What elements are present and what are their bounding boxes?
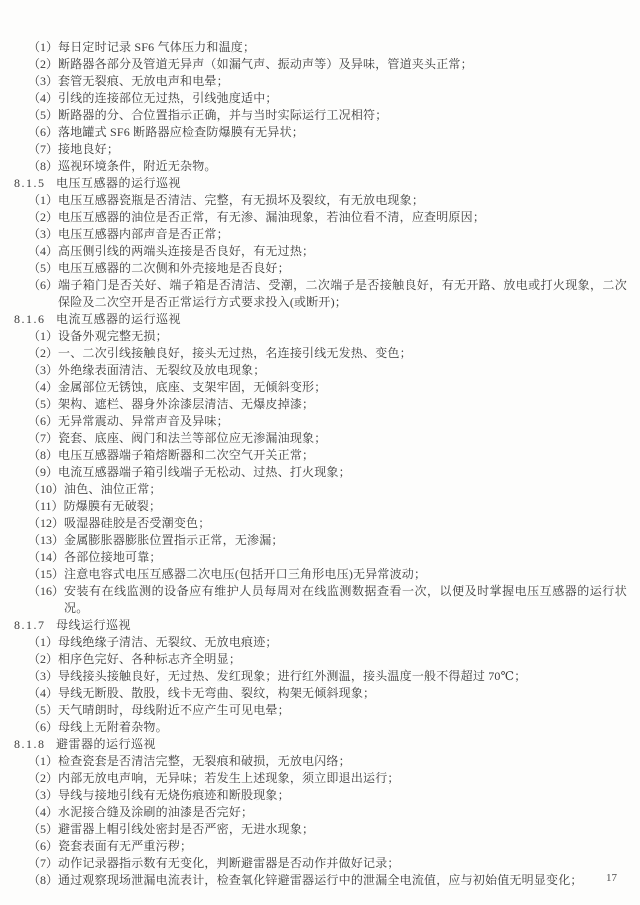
list-item: （6） 母线上无附着杂物。 xyxy=(14,719,627,736)
item-text: 无异常震动、异常声音及异味； xyxy=(58,413,627,430)
item-number: （2） xyxy=(28,56,58,73)
item-number: （1） xyxy=(28,753,58,770)
item-number: （3） xyxy=(28,787,58,804)
item-number: （4） xyxy=(28,685,58,702)
list-item: （3） 导线接头接触良好，无过热、发红现象；进行红外测温，接头温度一般不得超过 … xyxy=(14,668,627,685)
list-item: （2） 断路器各部分及管道无异声（如漏气声、振动声等）及异味，管道夹头正常； xyxy=(14,56,627,73)
item-text: 水泥接合缝及涂刷的油漆是否完好； xyxy=(58,804,627,821)
item-text: 油色、油位正常； xyxy=(64,481,627,498)
item-text: 电压互感器的二次侧和外壳接地是否良好； xyxy=(58,260,627,277)
item-number: （2） xyxy=(28,345,58,362)
page-number: 17 xyxy=(606,872,617,884)
item-number: （14） xyxy=(28,549,64,566)
item-text: 电流互感器端子箱引线端子无松动、过热、打火现象； xyxy=(58,464,627,481)
list-item: （1） 设备外观完整无损； xyxy=(14,328,627,345)
item-number: （3） xyxy=(28,668,58,685)
item-text: 断路器的分、合位置指示正确，并与当时实际运行工况相符； xyxy=(58,107,627,124)
list-item: （4） 导线无断股、散股，线卡无弯曲、裂纹，构架无倾斜现象； xyxy=(14,685,627,702)
list-item: （3） 导线与接地引线有无烧伤痕迹和断股现象； xyxy=(14,787,627,804)
list-item: （15） 注意电容式电压互感器二次电压(包括开口三角形电压)无异常波动； xyxy=(14,566,627,583)
item-text: 引线的连接部位无过热，引线弛度适中； xyxy=(58,90,627,107)
section-heading: 8.1.8 避雷器的运行巡视 xyxy=(14,736,627,753)
item-text: 架构、遮栏、器身外涂漆层清洁、无爆皮掉漆； xyxy=(58,396,627,413)
section-heading: 8.1.5 电压互感器的运行巡视 xyxy=(14,175,627,192)
list-item: （8） 通过观察现场泄漏电流表计，检查氧化锌避雷器运行中的泄漏全电流值，应与初始… xyxy=(14,872,627,889)
item-number: （1） xyxy=(28,634,58,651)
item-text: 各部位接地可靠； xyxy=(64,549,627,566)
item-number: （3） xyxy=(28,226,58,243)
item-number: （7） xyxy=(28,141,58,158)
list-item: （13） 金属膨胀器膨胀位置指示正常，无渗漏； xyxy=(14,532,627,549)
section-heading: 8.1.6 电流互感器的运行巡视 xyxy=(14,311,627,328)
item-text: 内部无放电声响，无异味；若发生上述现象，须立即退出运行； xyxy=(58,770,627,787)
item-number: （4） xyxy=(28,804,58,821)
item-number: （5） xyxy=(28,821,58,838)
item-text: 电压互感器的油位是否正常，有无渗、漏油现象，若油位看不清，应查明原因； xyxy=(58,209,627,226)
list-item: （1） 检查瓷套是否清洁完整，无裂痕和破损，无放电闪络； xyxy=(14,753,627,770)
item-number: （2） xyxy=(28,770,58,787)
item-text: 电压互感器瓷瓶是否清洁、完整，有无损坏及裂纹，有无放电现象； xyxy=(58,192,627,209)
item-number: （2） xyxy=(28,651,58,668)
item-text: 接地良好； xyxy=(58,141,627,158)
item-number: （5） xyxy=(28,260,58,277)
item-text: 安装有在线监测的设备应有维护人员每周对在线监测数据查看一次，以便及时掌握电压互感… xyxy=(64,583,627,617)
section-title: 避雷器的运行巡视 xyxy=(56,736,627,753)
list-item: （5） 天气晴朗时，母线附近不应产生可见电晕； xyxy=(14,702,627,719)
list-item: （5） 电压互感器的二次侧和外壳接地是否良好； xyxy=(14,260,627,277)
list-item: （2） 电压互感器的油位是否正常，有无渗、漏油现象，若油位看不清，应查明原因； xyxy=(14,209,627,226)
item-number: （3） xyxy=(28,73,58,90)
list-item: （3） 套管无裂痕、无放电声和电晕； xyxy=(14,73,627,90)
item-text: 吸湿器硅胶是否受潮变色； xyxy=(64,515,627,532)
item-text: 导线无断股、散股，线卡无弯曲、裂纹，构架无倾斜现象； xyxy=(58,685,627,702)
item-text: 检查瓷套是否清洁完整，无裂痕和破损，无放电闪络； xyxy=(58,753,627,770)
item-number: （5） xyxy=(28,107,58,124)
item-number: （15） xyxy=(28,566,64,583)
list-item: （1） 电压互感器瓷瓶是否清洁、完整，有无损坏及裂纹，有无放电现象； xyxy=(14,192,627,209)
section-heading: 8.1.7 母线运行巡视 xyxy=(14,617,627,634)
item-text: 一、二次引线接触良好，接头无过热，名连接引线无发热、变色； xyxy=(58,345,627,362)
item-text: 金属膨胀器膨胀位置指示正常，无渗漏； xyxy=(64,532,627,549)
list-item: （2） 内部无放电声响，无异味；若发生上述现象，须立即退出运行； xyxy=(14,770,627,787)
list-item: （6） 瓷套表面有无严重污秽； xyxy=(14,838,627,855)
item-number: （4） xyxy=(28,379,58,396)
item-number: （11） xyxy=(28,498,64,515)
item-text: 母线上无附着杂物。 xyxy=(58,719,627,736)
item-number: （8） xyxy=(28,872,58,889)
item-text: 避雷器上帽引线处密封是否严密，无进水现象； xyxy=(58,821,627,838)
item-number: （3） xyxy=(28,362,58,379)
document-content: （1） 每日定时记录 SF6 气体压力和温度； （2） 断路器各部分及管道无异声… xyxy=(0,0,640,889)
list-item: （3） 外绝缘表面清洁、无裂纹及放电现象； xyxy=(14,362,627,379)
item-number: （10） xyxy=(28,481,64,498)
item-number: （1） xyxy=(28,192,58,209)
item-number: （6） xyxy=(28,719,58,736)
list-item: （5） 断路器的分、合位置指示正确，并与当时实际运行工况相符； xyxy=(14,107,627,124)
list-item: （4） 水泥接合缝及涂刷的油漆是否完好； xyxy=(14,804,627,821)
item-text: 巡视环境条件，附近无杂物。 xyxy=(58,158,627,175)
list-item: （4） 高压侧引线的两端头连接是否良好，有无过热； xyxy=(14,243,627,260)
item-text: 瓷套表面有无严重污秽； xyxy=(58,838,627,855)
list-item: （8） 巡视环境条件，附近无杂物。 xyxy=(14,158,627,175)
list-item: （6） 无异常震动、异常声音及异味； xyxy=(14,413,627,430)
item-text: 每日定时记录 SF6 气体压力和温度； xyxy=(58,39,627,56)
item-text: 电压互感器端子箱熔断器和二次空气开关正常； xyxy=(58,447,627,464)
section-number: 8.1.6 xyxy=(14,311,56,328)
item-text: 母线绝缘子清洁、无裂纹、无放电痕迹； xyxy=(58,634,627,651)
item-number: （4） xyxy=(28,243,58,260)
list-item: （16） 安装有在线监测的设备应有维护人员每周对在线监测数据查看一次，以便及时掌… xyxy=(14,583,627,617)
item-text: 电压互感器内部声音是否正常； xyxy=(58,226,627,243)
list-item: （9） 电流互感器端子箱引线端子无松动、过热、打火现象； xyxy=(14,464,627,481)
item-text: 断路器各部分及管道无异声（如漏气声、振动声等）及异味，管道夹头正常； xyxy=(58,56,627,73)
document-page: （1） 每日定时记录 SF6 气体压力和温度； （2） 断路器各部分及管道无异声… xyxy=(0,0,640,905)
list-item: （10） 油色、油位正常； xyxy=(14,481,627,498)
section-number: 8.1.5 xyxy=(14,175,56,192)
section-title: 电压互感器的运行巡视 xyxy=(56,175,627,192)
item-number: （7） xyxy=(28,855,58,872)
item-number: （5） xyxy=(28,702,58,719)
list-item: （1） 母线绝缘子清洁、无裂纹、无放电痕迹； xyxy=(14,634,627,651)
item-text: 注意电容式电压互感器二次电压(包括开口三角形电压)无异常波动； xyxy=(64,566,627,583)
list-item: （11） 防爆膜有无破裂； xyxy=(14,498,627,515)
item-text: 动作记录器指示数有无变化，判断避雷器是否动作并做好记录； xyxy=(58,855,627,872)
section-number: 8.1.7 xyxy=(14,617,56,634)
item-number: （12） xyxy=(28,515,64,532)
item-text: 通过观察现场泄漏电流表计，检查氧化锌避雷器运行中的泄漏全电流值，应与初始值无明显… xyxy=(58,872,627,889)
item-number: （6） xyxy=(28,124,58,141)
item-text: 天气晴朗时，母线附近不应产生可见电晕； xyxy=(58,702,627,719)
item-text: 金属部位无锈蚀，底座、支架牢固，无倾斜变形； xyxy=(58,379,627,396)
list-item: （1） 每日定时记录 SF6 气体压力和温度； xyxy=(14,39,627,56)
list-item: （8） 电压互感器端子箱熔断器和二次空气开关正常； xyxy=(14,447,627,464)
item-number: （13） xyxy=(28,532,64,549)
item-number: （5） xyxy=(28,396,58,413)
item-text: 套管无裂痕、无放电声和电晕； xyxy=(58,73,627,90)
item-number: （2） xyxy=(28,209,58,226)
item-text: 瓷套、底座、阀门和法兰等部位应无渗漏油现象； xyxy=(58,430,627,447)
item-text: 高压侧引线的两端头连接是否良好，有无过热； xyxy=(58,243,627,260)
item-text: 相序色完好、各种标志齐全明显； xyxy=(58,651,627,668)
item-number: （7） xyxy=(28,430,58,447)
list-item: （5） 架构、遮栏、器身外涂漆层清洁、无爆皮掉漆； xyxy=(14,396,627,413)
item-number: （8） xyxy=(28,447,58,464)
section-number: 8.1.8 xyxy=(14,736,56,753)
item-number: （1） xyxy=(28,328,58,345)
list-item: （7） 接地良好； xyxy=(14,141,627,158)
item-text: 落地罐式 SF6 断路器应检查防爆膜有无异状； xyxy=(58,124,627,141)
list-item: （12） 吸湿器硅胶是否受潮变色； xyxy=(14,515,627,532)
item-number: （9） xyxy=(28,464,58,481)
section-title: 电流互感器的运行巡视 xyxy=(56,311,627,328)
list-item: （2） 一、二次引线接触良好，接头无过热，名连接引线无发热、变色； xyxy=(14,345,627,362)
item-number: （4） xyxy=(28,90,58,107)
item-text: 防爆膜有无破裂； xyxy=(64,498,627,515)
list-item: （14） 各部位接地可靠； xyxy=(14,549,627,566)
list-item: （5） 避雷器上帽引线处密封是否严密，无进水现象； xyxy=(14,821,627,838)
item-text: 设备外观完整无损； xyxy=(58,328,627,345)
item-text: 导线接头接触良好，无过热、发红现象；进行红外测温，接头温度一般不得超过 70℃； xyxy=(58,668,627,685)
item-number: （6） xyxy=(28,413,58,430)
item-number: （16） xyxy=(28,583,64,600)
item-text: 端子箱门是否关好、端子箱是否清洁、受潮，二次端子是否接触良好，有无开路、放电或打… xyxy=(58,277,627,311)
section-title: 母线运行巡视 xyxy=(56,617,627,634)
item-number: （6） xyxy=(28,838,58,855)
list-item: （2） 相序色完好、各种标志齐全明显； xyxy=(14,651,627,668)
list-item: （7） 动作记录器指示数有无变化，判断避雷器是否动作并做好记录； xyxy=(14,855,627,872)
item-text: 外绝缘表面清洁、无裂纹及放电现象； xyxy=(58,362,627,379)
list-item: （4） 引线的连接部位无过热，引线弛度适中； xyxy=(14,90,627,107)
item-number: （8） xyxy=(28,158,58,175)
list-item: （7） 瓷套、底座、阀门和法兰等部位应无渗漏油现象； xyxy=(14,430,627,447)
list-item: （3） 电压互感器内部声音是否正常； xyxy=(14,226,627,243)
item-text: 导线与接地引线有无烧伤痕迹和断股现象； xyxy=(58,787,627,804)
item-number: （6） xyxy=(28,277,58,294)
list-item: （4） 金属部位无锈蚀，底座、支架牢固，无倾斜变形； xyxy=(14,379,627,396)
list-item: （6） 落地罐式 SF6 断路器应检查防爆膜有无异状； xyxy=(14,124,627,141)
item-number: （1） xyxy=(28,39,58,56)
list-item: （6） 端子箱门是否关好、端子箱是否清洁、受潮，二次端子是否接触良好，有无开路、… xyxy=(14,277,627,311)
